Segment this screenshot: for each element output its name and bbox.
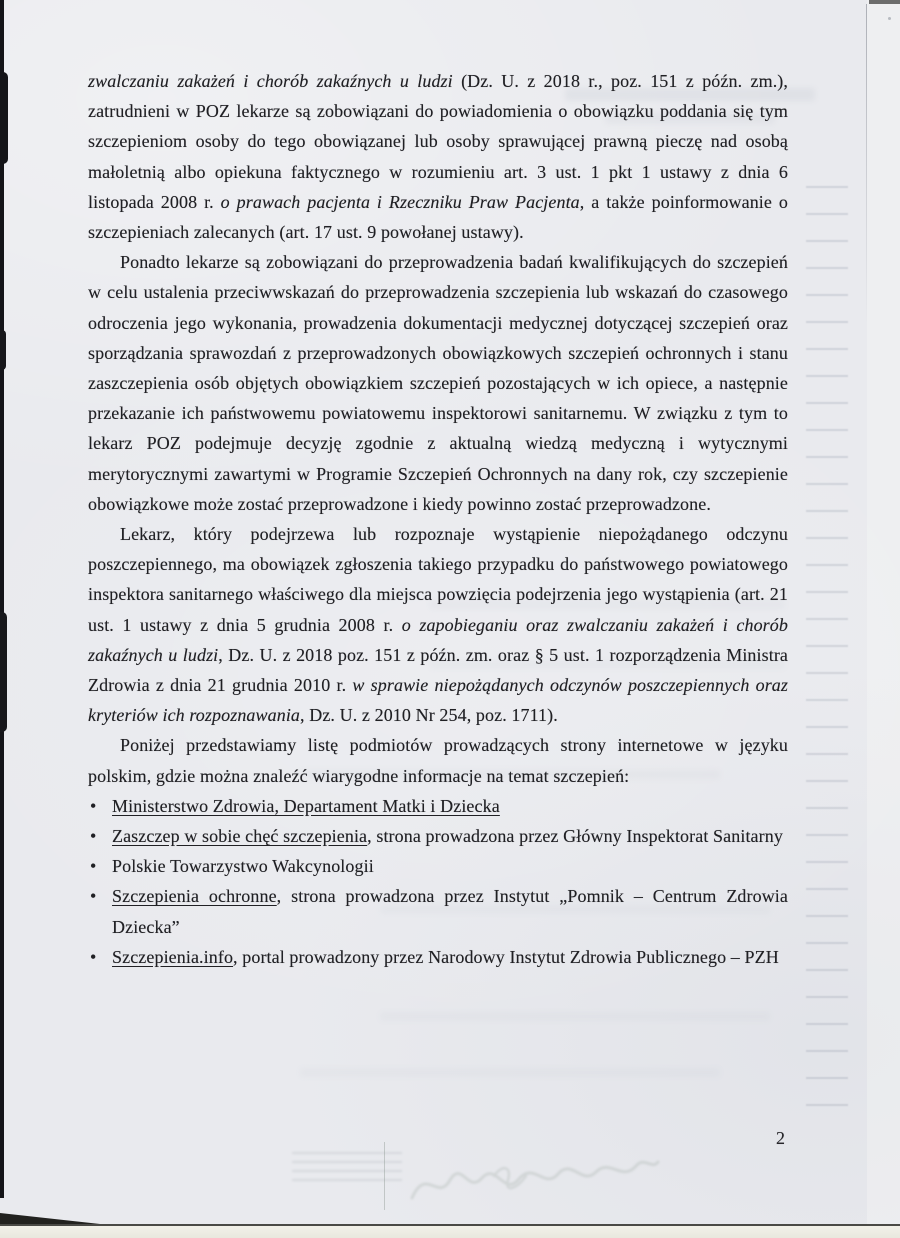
document-body: zwalczaniu zakażeń i chorób zakaźnych u … [88, 66, 788, 972]
paragraph-legal-basis: zwalczaniu zakażeń i chorób zakaźnych u … [88, 66, 788, 247]
paragraph-doctor-duties: Ponadto lekarze są zobowiązani do przepr… [88, 247, 788, 519]
list-item: • Szczepienia.info, portal prowadzony pr… [88, 942, 788, 972]
bullet-icon: • [88, 791, 112, 821]
bleed-through-smudge [380, 1012, 770, 1021]
scan-edge-artifact [0, 612, 7, 732]
bullet-icon: • [88, 821, 112, 851]
text-run: Ponadto lekarze są zobowiązani do przepr… [88, 252, 788, 514]
bleed-through-divider-line [384, 1142, 385, 1210]
website-name: Szczepienia.info [112, 947, 233, 967]
website-name: Ministerstwo Zdrowia, Departament Matki … [112, 796, 500, 816]
website-name: Zaszczep w sobie chęć szczepienia [112, 826, 367, 846]
scanner-bottom-strip [0, 1224, 900, 1238]
bullet-icon: • [88, 881, 112, 941]
paragraph-adverse-reactions: Lekarz, który podejrzewa lub rozpoznaje … [88, 519, 788, 730]
website-name: Szczepienia ochronne [112, 886, 277, 906]
paper-fold-highlight [867, 0, 900, 1224]
text-run: zwalczaniu zakażeń i chorób zakaźnych u … [88, 71, 461, 91]
scan-edge-artifact [0, 72, 8, 164]
paragraph-websites-intro: Poniżej przedstawiamy listę podmiotów pr… [88, 730, 788, 790]
list-item: • Szczepienia ochronne, strona prowadzon… [88, 881, 788, 941]
scanned-page: zwalczaniu zakażeń i chorób zakaźnych u … [0, 0, 900, 1224]
text-run: , portal prowadzony przez Narodowy Insty… [233, 947, 779, 967]
list-item-text: Zaszczep w sobie chęć szczepienia, stron… [112, 821, 788, 851]
bleed-through-signature [398, 1136, 668, 1222]
scan-edge-left [0, 0, 4, 1198]
text-run: o prawach pacjenta i Rzeczniku Praw Pacj… [221, 192, 580, 212]
text-run: (Dz. U. z 2018 r., poz. 151 z późn. zm.)… [88, 71, 788, 212]
scan-shadow-bottom-left [0, 1206, 100, 1226]
page-number: 2 [776, 1128, 785, 1149]
text-run: , strona prowadzona przez Główny Inspekt… [367, 826, 783, 846]
text-run: Poniżej przedstawiamy listę podmiotów pr… [88, 735, 788, 785]
bleed-through-text-column [806, 186, 848, 1111]
bleed-through-stamp [292, 1152, 402, 1186]
bleed-through-smudge [300, 1068, 720, 1077]
text-run: , Dz. U. z 2010 Nr 254, poz. 1711). [300, 705, 558, 725]
websites-list: • Ministerstwo Zdrowia, Departament Matk… [88, 791, 788, 972]
bullet-icon: • [88, 942, 112, 972]
list-item-text: Ministerstwo Zdrowia, Departament Matki … [112, 791, 788, 821]
list-item-text: Polskie Towarzystwo Wakcynologii [112, 851, 788, 881]
bullet-icon: • [88, 851, 112, 881]
list-item-text: Szczepienia ochronne, strona prowadzona … [112, 881, 788, 941]
scan-edge-artifact [0, 330, 6, 370]
list-item: • Polskie Towarzystwo Wakcynologii [88, 851, 788, 881]
list-item-text: Szczepienia.info, portal prowadzony prze… [112, 942, 788, 972]
website-name: Polskie Towarzystwo Wakcynologii [112, 856, 374, 876]
list-item: • Zaszczep w sobie chęć szczepienia, str… [88, 821, 788, 851]
list-item: • Ministerstwo Zdrowia, Departament Matk… [88, 791, 788, 821]
